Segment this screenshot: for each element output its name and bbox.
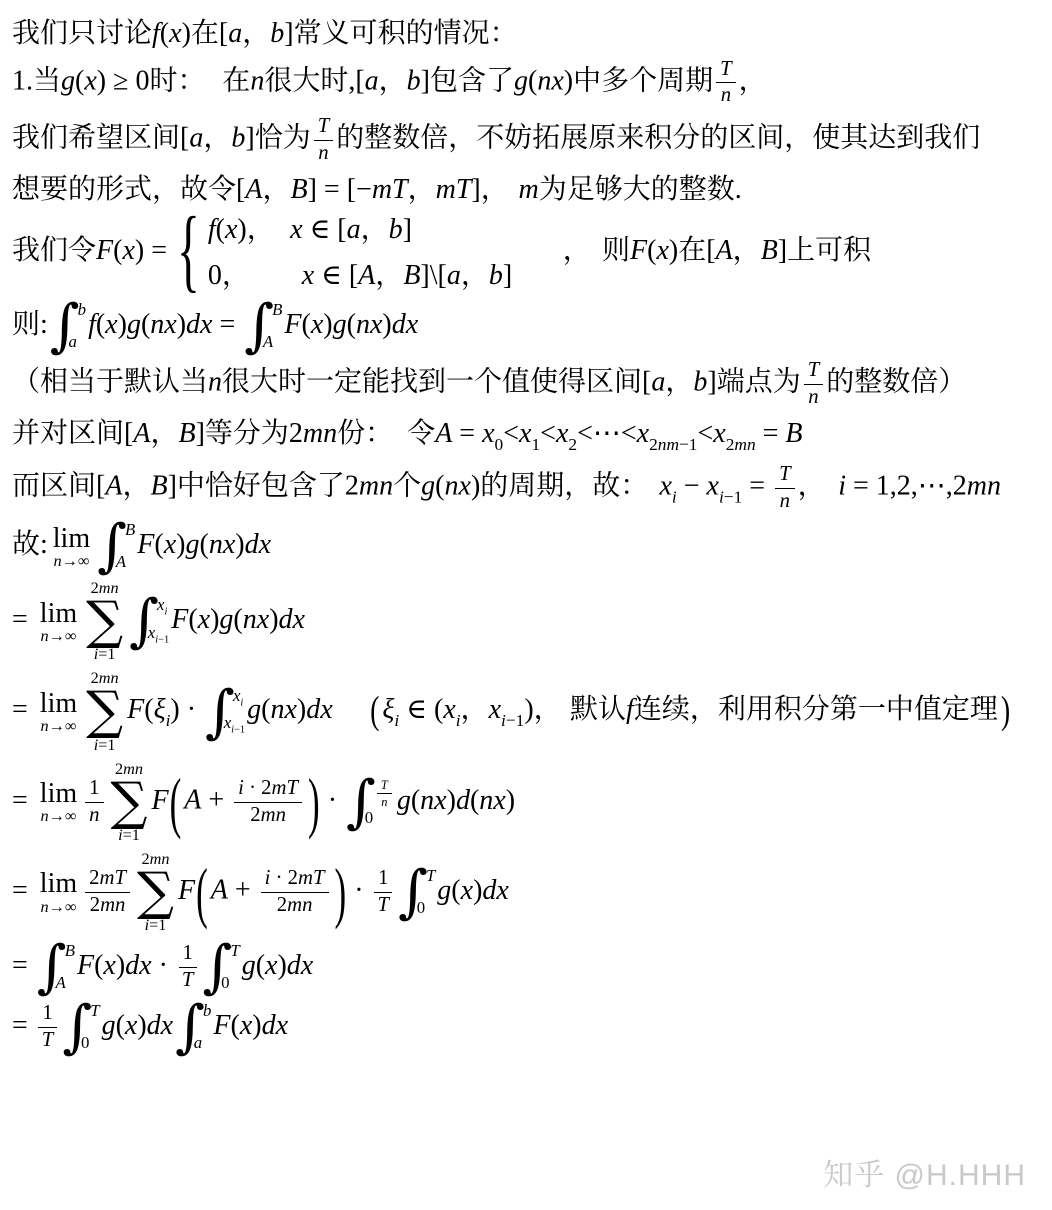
math-variable: B <box>290 174 307 205</box>
math-variable: a <box>651 367 665 398</box>
math-variable: g <box>219 604 233 635</box>
summation: 2mn∑i=1 <box>86 670 123 753</box>
math-variable: T <box>182 969 194 991</box>
math-symbol: · <box>152 950 175 981</box>
math-symbol: [ <box>219 18 228 49</box>
denominator: 2mn <box>246 803 290 828</box>
math-variable: b <box>407 65 421 96</box>
text-run: 则: <box>12 308 48 339</box>
denominator: n <box>377 794 391 809</box>
math-variable: x <box>311 308 323 339</box>
math-symbol: + <box>228 875 258 906</box>
integral-upper-limit: T <box>426 868 435 885</box>
limit-under: n→∞ <box>41 628 77 645</box>
math-variable: T <box>42 1029 54 1051</box>
text-run: 很大时一定能找到一个值使得区间 <box>222 367 642 398</box>
text-run: 令 <box>407 418 435 449</box>
math-symbol: ] <box>421 65 430 96</box>
math-variable: dx <box>186 308 212 339</box>
math-symbol: ) <box>564 65 573 96</box>
math-variable: F <box>96 235 113 266</box>
math-variable: g <box>437 875 451 906</box>
math-variable: g <box>102 1010 116 1041</box>
math-symbol: [ <box>124 418 133 449</box>
math-variable: T <box>720 58 732 80</box>
math-variable: x <box>290 214 302 245</box>
math-symbol: ∈ [ <box>303 214 347 245</box>
math-symbol: − <box>677 470 707 501</box>
math-variable: nx <box>479 785 505 816</box>
math-symbol: →∞ <box>49 898 77 916</box>
math-symbol: ]\[ <box>420 260 446 291</box>
subscript: i <box>164 607 167 618</box>
integral-upper-limit: B <box>65 943 75 960</box>
math-variable: n <box>53 552 61 570</box>
numerator: T <box>377 778 392 794</box>
math-variable: n <box>318 142 328 164</box>
math-variable: n <box>250 65 264 96</box>
subscript: 2mn <box>726 435 756 454</box>
remark-line: （相当于默认当n很大时一定能找到一个值使得区间[a，b]端点为Tn的整数倍） <box>12 359 1046 410</box>
text-run: 故: <box>12 529 48 560</box>
math-symbol: ) <box>471 470 480 501</box>
math-variable: n <box>41 717 49 735</box>
math-symbol: [ <box>236 174 245 205</box>
math-symbol: ) <box>235 529 244 560</box>
math-symbol: ( <box>470 785 479 816</box>
math-symbol: ) · <box>170 694 203 725</box>
math-symbol: ) <box>297 694 306 725</box>
math-variable: i <box>164 607 167 618</box>
math-variable: a <box>189 123 203 154</box>
math-symbol: 1 <box>89 777 99 799</box>
limit-start-line: 故:limn→∞∫BAF(x)g(nx)dx <box>12 520 1046 573</box>
math-variable: x <box>240 1010 252 1041</box>
math-symbol: [ <box>706 235 715 266</box>
math-symbol: ， <box>361 214 389 245</box>
math-symbol: < <box>540 418 556 449</box>
integral: ∫ba <box>50 300 86 353</box>
math-variable: mn <box>359 470 393 501</box>
sum-lower-limit: i=1 <box>94 737 116 754</box>
math-symbol: ) <box>182 18 191 49</box>
math-variable: b <box>489 260 503 291</box>
numerator: T <box>716 58 736 84</box>
summation: 2mn∑i=1 <box>111 761 148 844</box>
integral-lower-limit: 0 <box>417 900 436 917</box>
math-symbol: = <box>12 1010 35 1041</box>
math-variable: A <box>435 418 452 449</box>
integral: ∫BA <box>97 520 135 573</box>
cases-brace: { <box>177 207 200 300</box>
case-row: f(x)，x ∈ [a，b] <box>208 213 512 247</box>
math-variable: x <box>556 418 568 449</box>
math-symbol: ) <box>116 950 125 981</box>
denominator: T <box>374 893 394 918</box>
math-symbol: ) <box>269 604 278 635</box>
math-symbol: ( <box>256 950 265 981</box>
math-variable: nx <box>270 694 296 725</box>
math-variable: A <box>245 174 262 205</box>
open-paren: ( <box>196 858 208 926</box>
integral-lower-limit: 0 <box>221 975 240 992</box>
math-symbol: =1 <box>149 916 166 934</box>
integral: ∫BA <box>244 300 282 353</box>
math-variable: A <box>358 260 375 291</box>
fraction: Tn <box>377 778 392 810</box>
sum-split-line: = limn→∞2mn∑i=1∫xixi−1F(x)g(nx)dx <box>12 580 1046 663</box>
sum-lower-limit: i=1 <box>94 646 116 663</box>
math-symbol: = <box>12 694 35 725</box>
text-run: 则 <box>602 235 630 266</box>
math-variable: f <box>152 18 160 49</box>
math-variable: a <box>68 332 76 351</box>
math-symbol: ( <box>411 785 420 816</box>
numerator: 1 <box>85 777 103 803</box>
numerator: T <box>314 115 334 141</box>
math-symbol: < <box>697 418 713 449</box>
math-symbol: )， <box>237 214 274 245</box>
case1-line: 1.当g(x) ≥ 0时：在n很大时,[a，b]包含了g(nx)中多个周期Tn， <box>12 58 1046 109</box>
open-paren: ( <box>370 692 379 731</box>
math-variable: g <box>421 470 435 501</box>
math-variable: mn <box>967 470 1001 501</box>
math-variable: b <box>231 123 245 154</box>
math-variable: x <box>659 470 671 501</box>
math-variable: n <box>808 386 818 408</box>
intro-line: 我们只讨论f(x)在[a，b]常义可积的情况： <box>12 17 1046 51</box>
math-variable: f <box>88 308 96 339</box>
hope-line: 我们希望区间[a，b]恰为Tn的整数倍，不妨拓展原来积分的区间，使其达到我们 <box>12 115 1046 166</box>
limit-under: n→∞ <box>41 718 77 735</box>
math-variable: mn <box>303 418 337 449</box>
math-variable: mT <box>372 174 408 205</box>
math-variable: B <box>150 470 167 501</box>
math-variable: g <box>333 308 347 339</box>
math-symbol: · <box>321 785 344 816</box>
text-run: 的整数倍） <box>826 367 966 398</box>
math-variable: x <box>265 950 277 981</box>
math-symbol: ( <box>188 604 197 635</box>
math-variable: dx <box>482 875 508 906</box>
integral-lower-limit: A <box>55 975 75 992</box>
math-variable: x <box>198 604 210 635</box>
math-variable: b <box>389 214 403 245</box>
math-symbol: ) <box>447 785 456 816</box>
subscript: i−1 <box>719 487 742 506</box>
integral-upper-limit: b <box>203 1003 211 1020</box>
math-variable: x <box>164 529 176 560</box>
math-variable: nx <box>150 308 176 339</box>
math-symbol: ) = <box>135 235 174 266</box>
math-symbol: ) <box>252 1010 261 1041</box>
math-symbol: 1 <box>378 867 388 889</box>
math-symbol: 2 <box>289 418 303 449</box>
math-symbol: ， <box>408 174 436 205</box>
math-variable: m <box>519 174 539 205</box>
denominator: n <box>85 803 103 828</box>
math-variable: x <box>105 308 117 339</box>
math-symbol: ( <box>144 694 153 725</box>
fraction: i · 2mT2mn <box>234 777 302 828</box>
math-symbol: = <box>756 418 786 449</box>
numerator: T <box>804 359 824 385</box>
math-symbol: 1. <box>12 65 33 96</box>
math-variable: T <box>318 115 330 137</box>
text-run: 默认 <box>570 694 626 725</box>
text-run: 在 <box>191 18 219 49</box>
math-variable: mn <box>734 435 755 454</box>
denominator: n <box>314 141 332 166</box>
math-variable: x <box>519 418 531 449</box>
integral-lower-limit: 0 <box>81 1035 100 1052</box>
math-variable: a <box>347 214 361 245</box>
numerator: T <box>775 463 795 489</box>
math-variable: b <box>203 1001 211 1020</box>
math-variable: g <box>185 529 199 560</box>
math-symbol: ( <box>141 308 150 339</box>
limit-text: lim <box>53 524 90 553</box>
math-symbol: ， <box>563 235 591 266</box>
paren-group: (A + i · 2mT2mn) <box>196 867 346 918</box>
math-symbol: ]， <box>471 174 508 205</box>
math-symbol: ) <box>669 235 678 266</box>
math-symbol: ( <box>302 308 311 339</box>
math-variable: i <box>240 697 243 708</box>
math-symbol: ， <box>733 235 761 266</box>
math-variable: F <box>171 604 188 635</box>
limit-text: lim <box>40 599 77 628</box>
text-run: 等分为 <box>205 418 289 449</box>
fraction: 1T <box>38 1002 58 1053</box>
math-symbol: ， <box>150 418 178 449</box>
text-run: 我们只讨论 <box>12 18 152 49</box>
math-symbol: ， <box>122 470 150 501</box>
integral-lower-limit: a <box>68 334 86 351</box>
math-symbol: 0 <box>365 808 373 827</box>
math-symbol: 1 <box>531 435 540 454</box>
math-variable: B <box>403 260 420 291</box>
math-variable: x <box>84 65 96 96</box>
text-run: 当 <box>33 65 61 96</box>
math-variable: f <box>626 694 634 725</box>
subscript: 0 <box>495 435 504 454</box>
math-variable: T <box>808 359 820 381</box>
math-variable: x <box>169 18 181 49</box>
integral-upper-limit: B <box>272 302 282 319</box>
numerator: 2mT <box>85 867 130 893</box>
math-symbol: 0 <box>417 898 425 917</box>
math-variable: f <box>208 214 216 245</box>
math-symbol: ] <box>284 18 293 49</box>
math-variable: dx <box>287 950 313 981</box>
integral-upper-limit: T <box>90 1003 99 1020</box>
limit-under: n→∞ <box>53 553 89 570</box>
math-symbol: ) <box>473 875 482 906</box>
math-variable: B <box>272 300 282 319</box>
fraction: i · 2mT2mn <box>261 867 329 918</box>
math-symbol: [ <box>642 367 651 398</box>
close-paren: ) <box>1001 692 1010 731</box>
math-variable: F <box>127 694 144 725</box>
watermark: 知乎 @H.HHH <box>823 1150 1026 1194</box>
math-variable: T <box>381 778 388 792</box>
subscript: i−1 <box>501 711 524 730</box>
math-symbol: 0 <box>81 1033 89 1052</box>
math-symbol: ) <box>382 308 391 339</box>
integral-upper-limit: T <box>230 943 239 960</box>
math-variable: a <box>194 1033 202 1052</box>
math-variable: F <box>178 875 195 906</box>
denominator: 2mn <box>273 893 317 918</box>
close-paren: ) <box>308 768 320 836</box>
math-variable: ξ <box>382 694 394 725</box>
math-variable: n <box>41 807 49 825</box>
math-symbol: 1 <box>183 942 193 964</box>
substitute-line: = limn→∞1n2mn∑i=1F(A + i · 2mT2mn) · ∫Tn… <box>12 761 1046 844</box>
text-run: 连续，利用积分第一中值定理 <box>634 694 998 725</box>
math-variable: x <box>122 235 134 266</box>
math-variable: mn <box>100 894 125 916</box>
math-variable: x <box>482 418 494 449</box>
fraction: Tn <box>804 359 824 410</box>
math-variable: mn <box>287 894 312 916</box>
integral-lower-limit: A <box>116 554 136 571</box>
math-symbol: →∞ <box>62 552 90 570</box>
fraction: Tn <box>775 463 795 514</box>
math-variable: T <box>90 1001 99 1020</box>
math-variable: dx <box>306 694 332 725</box>
math-variable: mT <box>272 777 299 799</box>
math-symbol: 0 <box>221 973 229 992</box>
math-variable: nx <box>420 785 446 816</box>
text-run: 中多个周期 <box>573 65 713 96</box>
math-document: 我们只讨论f(x)在[a，b]常义可积的情况：1.当g(x) ≥ 0时：在n很大… <box>0 0 1052 1054</box>
math-symbol: = 1,2,⋯,2 <box>846 470 967 501</box>
text-run: 个 <box>393 470 421 501</box>
math-variable: b <box>270 18 284 49</box>
math-variable: x <box>656 235 668 266</box>
integral-lower-limit: a <box>194 1035 212 1052</box>
math-symbol: 2 <box>250 804 260 826</box>
math-symbol: )， <box>524 694 561 725</box>
math-symbol: ， <box>461 260 489 291</box>
math-variable: b <box>693 367 707 398</box>
math-variable: x <box>489 694 501 725</box>
riemann-sum-line: = limn→∞2mT2mn2mn∑i=1F(A + i · 2mT2mn) ·… <box>12 851 1046 934</box>
integral: ∫T0 <box>202 941 239 994</box>
math-symbol: · 2 <box>244 777 272 799</box>
math-variable: nx <box>356 308 382 339</box>
math-symbol: ] <box>778 235 787 266</box>
math-symbol: ∈ ( <box>399 694 443 725</box>
math-variable: mn <box>261 804 286 826</box>
math-variable: d <box>456 785 470 816</box>
equality-line: 则:∫baf(x)g(nx)dx = ∫BAF(x)g(nx)dx <box>12 300 1046 353</box>
math-symbol: ， <box>798 470 826 501</box>
math-symbol: 2 <box>568 435 577 454</box>
math-symbol: ( <box>435 470 444 501</box>
math-variable: T <box>378 894 390 916</box>
integral-lower-limit: xi−1 <box>148 625 169 646</box>
math-variable: n <box>381 795 387 809</box>
sum-lower-limit: i=1 <box>145 917 167 934</box>
fraction: Tn <box>314 115 334 166</box>
math-symbol: ， <box>379 65 407 96</box>
math-symbol: + <box>201 785 231 816</box>
final-line: = 1T∫T0g(x)dx∫baF(x)dx <box>12 1001 1046 1054</box>
math-symbol: ， <box>739 65 767 96</box>
cases-group: {f(x)，x ∈ [a，b]0，x ∈ [A，B]\[a，b] <box>177 213 512 292</box>
math-variable: g <box>61 65 75 96</box>
math-symbol: ， <box>203 123 231 154</box>
text-run: 而区间 <box>12 470 96 501</box>
text-run: 时： <box>149 65 205 96</box>
math-symbol: = <box>452 418 482 449</box>
fraction: 2mT2mn <box>85 867 130 918</box>
denominator: n <box>717 83 735 108</box>
math-symbol: = <box>12 785 35 816</box>
subscript: 2 <box>568 435 577 454</box>
subscript: i−1 <box>155 635 169 646</box>
math-variable: nx <box>537 65 563 96</box>
math-variable: F <box>151 785 168 816</box>
math-symbol: −1 <box>158 635 169 646</box>
limit-under: n→∞ <box>41 899 77 916</box>
math-symbol: [ <box>96 470 105 501</box>
math-variable: B <box>178 418 195 449</box>
subscript: i <box>240 697 243 708</box>
math-variable: a <box>228 18 242 49</box>
subscript: i−1 <box>231 725 245 736</box>
math-variable: F <box>630 235 647 266</box>
math-variable: B <box>65 941 75 960</box>
math-symbol: ( <box>233 604 242 635</box>
integral: ∫Tn0 <box>346 776 395 829</box>
math-symbol: 0， <box>208 260 250 291</box>
math-symbol: ( <box>160 18 169 49</box>
math-symbol: 2 <box>89 867 99 889</box>
math-symbol: = <box>12 950 35 981</box>
integral-lower-limit: xi−1 <box>224 715 245 736</box>
case-row: 0，x ∈ [A，B]\[a，b] <box>208 259 512 293</box>
fraction: Tn <box>716 58 736 109</box>
math-variable: x <box>302 260 314 291</box>
math-variable: n <box>208 367 222 398</box>
text-run: 端点为 <box>717 367 801 398</box>
math-variable: nx <box>243 604 269 635</box>
math-variable: F <box>213 1010 230 1041</box>
sum-sign: ∑ <box>137 868 174 917</box>
math-symbol: ， <box>262 174 290 205</box>
math-variable: T <box>779 463 791 485</box>
math-symbol: 2 <box>649 435 658 454</box>
math-symbol: ， <box>375 260 403 291</box>
math-variable: a <box>365 65 379 96</box>
math-symbol: ] <box>403 214 412 245</box>
math-variable: g <box>127 308 141 339</box>
sum-sign: ∑ <box>111 778 148 827</box>
integral: ∫BA <box>37 941 75 994</box>
math-symbol: · <box>347 875 370 906</box>
math-symbol: 0 <box>495 435 504 454</box>
math-symbol: ( <box>230 1010 239 1041</box>
math-symbol: ( <box>216 214 225 245</box>
math-symbol: ) <box>177 308 186 339</box>
math-symbol: ) <box>118 308 127 339</box>
text-run: 为足够大的整数. <box>539 174 742 205</box>
summation: 2mn∑i=1 <box>137 851 174 934</box>
